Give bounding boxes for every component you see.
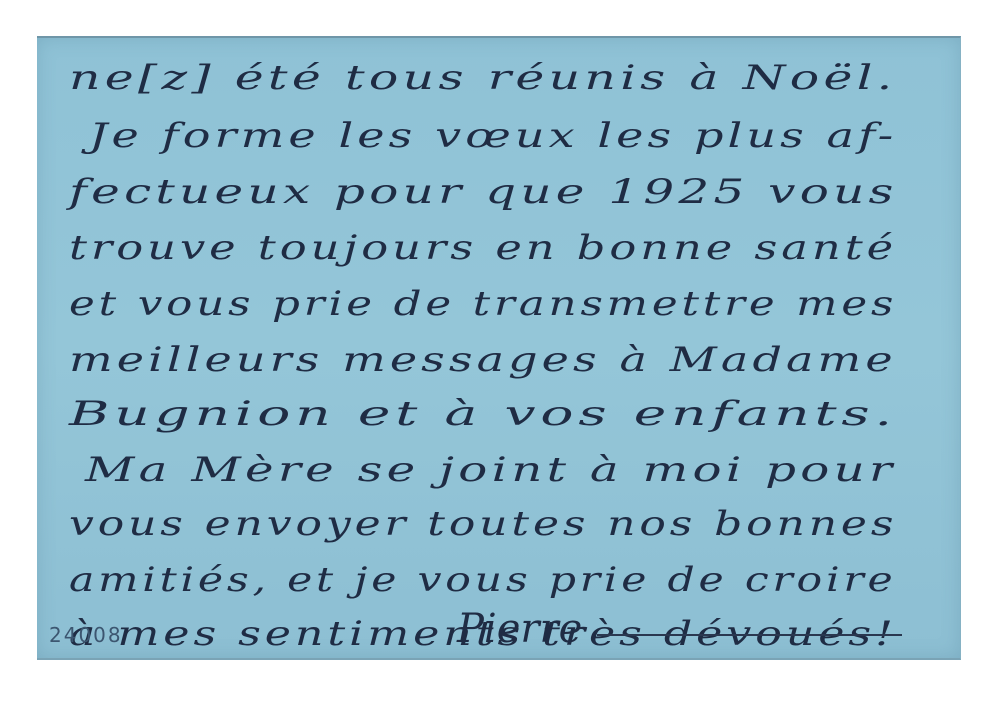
letter-line-4: trouve toujours en bonne santé <box>69 228 897 268</box>
letter-line-2: Je forme les vœux les plus af- <box>89 116 897 156</box>
signature-underline <box>597 634 902 636</box>
letter-line-9: vous envoyer toutes nos bonnes <box>69 504 897 544</box>
letter-line-10: amitiés, et je vous prie de croire <box>69 560 896 600</box>
letter-paper: ne[z] été tous réunis à Noël. Je forme l… <box>37 36 961 660</box>
letter-line-6: meilleurs messages à Madame <box>69 340 897 380</box>
letter-line-8: Ma Mère se joint à moi pour <box>85 450 896 490</box>
letter-line-5: et vous prie de transmettre mes <box>69 284 897 324</box>
letter-line-3: fectueux pour que 1925 vous <box>69 172 898 212</box>
letter-line-1: ne[z] été tous réunis à Noël. <box>69 58 897 98</box>
archive-number: 24008 <box>49 623 123 647</box>
signature: Pierre <box>457 606 582 652</box>
letter-line-7: Bugnion et à vos enfants. <box>69 394 897 434</box>
